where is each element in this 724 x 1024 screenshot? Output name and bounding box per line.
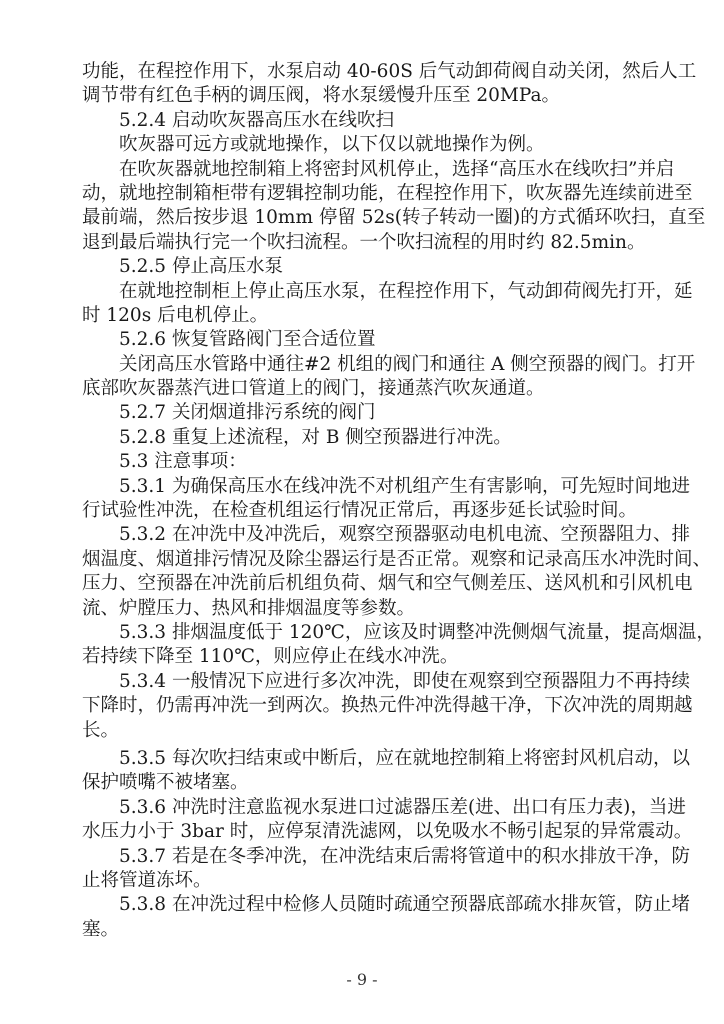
- text-line: 5.3 注意事项：: [82, 450, 634, 474]
- document-body: 功能，在程控作用下，水泵启动 40-60S 后气动卸荷阀自动关闭，然后人工调节带…: [82, 60, 634, 942]
- text-line: 行试验性冲洗，在检查机组运行情况正常后，再逐步延长试验时间。: [82, 499, 634, 523]
- text-line: 功能，在程控作用下，水泵启动 40-60S 后气动卸荷阀自动关闭，然后人工: [82, 60, 634, 84]
- text-line: 在吹灰器就地控制箱上将密封风机停止，选择“高压水在线吹扫”并启: [82, 158, 634, 182]
- text-line: 烟温度、烟道排污情况及除尘器运行是否正常。观察和记录高压水冲洗时间、: [82, 548, 634, 572]
- text-line: 时 120s 后电机停止。: [82, 304, 634, 328]
- text-line: 水压力小于 3bar 时，应停泵清洗滤网，以免吸水不畅引起泵的异常震动。: [82, 820, 634, 844]
- text-line: 长。: [82, 719, 634, 743]
- text-line: 5.3.2 在冲洗中及冲洗后，观察空预器驱动电机电流、空预器阻力、排: [82, 523, 634, 547]
- page-number: - 9 -: [0, 970, 724, 989]
- text-line: 流、炉膛压力、热风和排烟温度等参数。: [82, 597, 634, 621]
- text-line: 5.2.5 停止高压水泵: [82, 255, 634, 279]
- text-line: 5.3.4 一般情况下应进行多次冲洗，即使在观察到空预器阻力不再持续: [82, 670, 634, 694]
- text-line: 在就地控制柜上停止高压水泵，在程控作用下，气动卸荷阀先打开，延: [82, 280, 634, 304]
- text-line: 底部吹灰器蒸汽进口管道上的阀门，接通蒸汽吹灰通道。: [82, 377, 634, 401]
- text-line: 5.3.8 在冲洗过程中检修人员随时疏通空预器底部疏水排灰管，防止堵: [82, 893, 634, 917]
- text-line: 5.2.7 关闭烟道排污系统的阀门: [82, 401, 634, 425]
- text-line: 压力、空预器在冲洗前后机组负荷、烟气和空气侧差压、送风机和引风机电: [82, 572, 634, 596]
- text-line: 关闭高压水管路中通往#2 机组的阀门和通往 A 侧空预器的阀门。打开: [82, 353, 634, 377]
- text-line: 保护喷嘴不被堵塞。: [82, 771, 634, 795]
- text-line: 5.2.4 启动吹灰器高压水在线吹扫: [82, 109, 634, 133]
- text-line: 最前端，然后按步退 10mm 停留 52s(转子转动一圈)的方式循环吹扫，直至: [82, 206, 634, 230]
- text-line: 5.3.6 冲洗时注意监视水泵进口过滤器压差(进、出口有压力表)，当进: [82, 796, 634, 820]
- text-line: 5.3.1 为确保高压水在线冲洗不对机组产生有害影响，可先短时间地进: [82, 475, 634, 499]
- text-line: 调节带有红色手柄的调压阀，将水泵缓慢升压至 20MPa。: [82, 84, 634, 108]
- text-line: 5.2.6 恢复管路阀门至合适位置: [82, 328, 634, 352]
- text-line: 5.3.7 若是在冬季冲洗，在冲洗结束后需将管道中的积水排放干净，防: [82, 845, 634, 869]
- text-line: 5.3.3 排烟温度低于 120℃，应该及时调整冲洗侧烟气流量，提高烟温，: [82, 621, 634, 645]
- text-line: 止将管道冻坏。: [82, 869, 634, 893]
- text-line: 退到最后端执行完一个吹扫流程。一个吹扫流程的用时约 82.5min。: [82, 231, 634, 255]
- text-line: 5.2.8 重复上述流程，对 B 侧空预器进行冲洗。: [82, 426, 634, 450]
- text-line: 吹灰器可远方或就地操作，以下仅以就地操作为例。: [82, 133, 634, 157]
- text-line: 动，就地控制箱柜带有逻辑控制功能，在程控作用下，吹灰器先连续前进至: [82, 182, 634, 206]
- text-line: 若持续下降至 110℃，则应停止在线水冲洗。: [82, 645, 634, 669]
- text-line: 下降时，仍需再冲洗一到两次。换热元件冲洗得越干净，下次冲洗的周期越: [82, 694, 634, 718]
- text-line: 塞。: [82, 918, 634, 942]
- text-line: 5.3.5 每次吹扫结束或中断后，应在就地控制箱上将密封风机启动，以: [82, 747, 634, 771]
